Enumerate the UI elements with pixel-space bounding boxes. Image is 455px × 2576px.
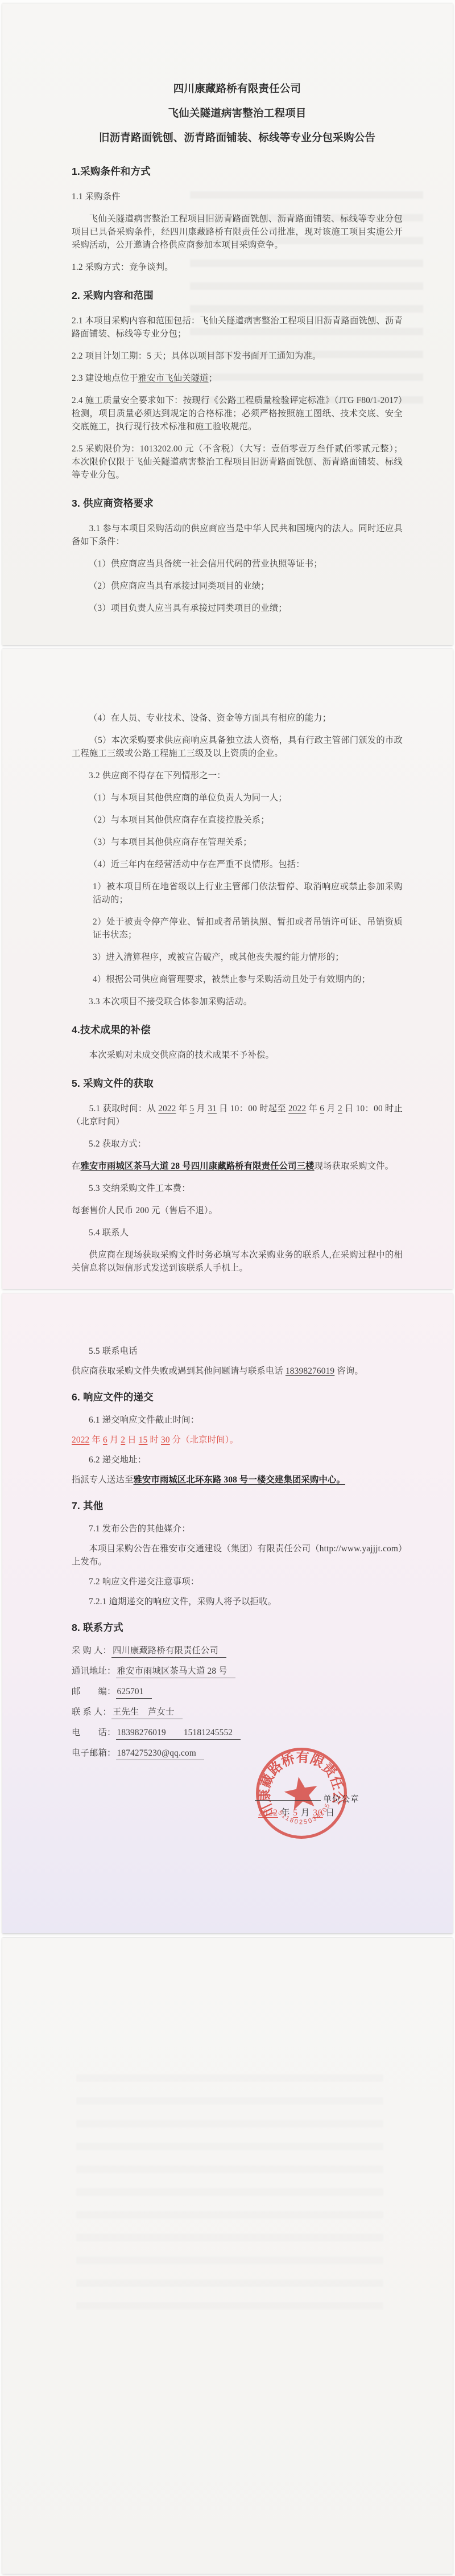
section-1-heading: 1.采购条件和方式 xyxy=(72,165,403,179)
text-run: 四川康藏路桥有限责任公司 xyxy=(111,1645,226,1658)
page-2-content: （4）在人员、专业技术、设备、资金等方面具有相应的能力；（5）本次采购要求供应商… xyxy=(2,649,453,1275)
text-run: 1874275230@qq.com xyxy=(116,1747,204,1760)
seal-signature-line xyxy=(255,1800,321,1801)
clause-1-1: 1.1 采购条件 xyxy=(72,190,403,203)
text-run: 电子邮箱： xyxy=(72,1748,116,1758)
text-run: 2. 采购内容和范围 xyxy=(72,290,154,301)
text-run: 四川康藏路桥有限责任公司 xyxy=(173,83,301,95)
page-4-blank xyxy=(2,1938,453,2574)
clause-3-2-item-4-4: 4）根据公司供应商管理要求，被禁止参与采购活动且处于有效期内的； xyxy=(72,973,403,986)
text-run: 2022 xyxy=(72,1435,89,1445)
text-run: 在 xyxy=(72,1161,81,1171)
text-run: ； xyxy=(209,373,218,383)
text-run: 咨询。 xyxy=(334,1366,363,1376)
text-run: 本次采购对未成交供应商的技术成果不予补偿。 xyxy=(89,1050,274,1060)
text-run: 4.技术成果的补偿 xyxy=(72,1024,151,1036)
clause-7-2: 7.2 响应文件递交注意事项： xyxy=(72,1575,403,1588)
clause-5-4-body: 供应商在现场获取采购文件时务必填写本次采购业务的联系人,在采购过程中的相关信息将… xyxy=(72,1248,403,1275)
clause-3-2-item-4-2: 2）处于被责令停产停业、暂扣或者吊销执照、暂扣或者吊销许可证、吊销资质证书状态； xyxy=(72,915,403,942)
text-run: 每套售价人民币 200 元（售后不退）。 xyxy=(72,1206,217,1215)
text-run: 2.3 建设地点位于 xyxy=(72,373,138,383)
clause-5-2: 5.2 获取方式： xyxy=(72,1137,403,1151)
page-2: （4）在人员、专业技术、设备、资金等方面具有相应的能力；（5）本次采购要求供应商… xyxy=(2,649,453,1289)
section-6-heading: 6. 响应文件的递交 xyxy=(72,1390,403,1404)
text-run: 2.4 施工质量安全要求如下：按现行《公路工程质量检验评定标准》（JTG F80… xyxy=(72,396,403,432)
text-run: 3. 供应商资格要求 xyxy=(72,498,154,509)
text-run: 5.3 交纳采购文件工本费： xyxy=(89,1184,191,1193)
clause-2-2: 2.2 项目计划工期：5 天；具体以项目部下发书面开工通知为准。 xyxy=(72,350,403,363)
text-run: 电 话： xyxy=(72,1728,116,1737)
text-run: 2 xyxy=(338,1104,342,1114)
clause-7-2-1: 7.2.1 逾期递交的响应文件，采购人将予以拒收。 xyxy=(72,1595,403,1608)
text-run: 5.1 获取时间：从 xyxy=(89,1104,159,1114)
text-run: 雅安市雨城区北环东路 308 号一楼交建集团采购中心。 xyxy=(133,1475,345,1485)
text-run: 采 购 人： xyxy=(72,1646,111,1655)
clause-3-1-item-2: （2）供应商应当具有承接过同类项目的业绩； xyxy=(72,580,403,593)
text-run: 2022 xyxy=(158,1104,176,1114)
clause-6-2-body: 指派专人送达至雅安市雨城区北环东路 308 号一楼交建集团采购中心。 xyxy=(72,1473,403,1486)
text-run: 3）进入清算程序，或被宣告破产，或其他丧失履约能力情形的； xyxy=(93,952,344,962)
doc-title-line-3: 旧沥青路面铣刨、沥青路面铺装、标线等专业分包采购公告 xyxy=(72,125,403,150)
text-run: 现场获取采购文件。 xyxy=(315,1161,394,1171)
text-run: 7. 其他 xyxy=(72,1500,103,1511)
text-run: 2022 xyxy=(258,1808,278,1818)
seal-label: 单位公章 xyxy=(323,1793,359,1805)
doc-title-line-2: 飞仙关隧道病害整治工程项目 xyxy=(72,101,403,125)
clause-3-2-item-4-1: 1）被本项目所在地省级以上行业主管部门依法暂停、取消响应或禁止参加采购活动的； xyxy=(72,880,403,906)
contact-person: 联 系 人：王先生 芦女士 xyxy=(72,1706,403,1719)
text-run: 雅安市飞仙关隧道 xyxy=(138,373,209,383)
clause-5-5-body: 供应商获取采购文件失败或遇到其他问题请与联系电话 18398276019 咨询。 xyxy=(72,1365,403,1378)
text-run: 日 xyxy=(125,1435,139,1445)
clause-5-3: 5.3 交纳采购文件工本费： xyxy=(72,1182,403,1195)
text-run: 6 xyxy=(320,1104,324,1114)
section-4-heading: 4.技术成果的补偿 xyxy=(72,1023,403,1037)
clause-6-1: 6.1 递交响应文件截止时间： xyxy=(72,1414,403,1427)
text-run: 1.采购条件和方式 xyxy=(72,166,151,177)
clause-2-1: 2.1 本项目采购内容和范围包括：飞仙关隧道病害整治工程项目旧沥青路面铣刨、沥青… xyxy=(72,314,403,340)
text-run: 月 xyxy=(194,1104,208,1114)
text-run: （2）与本项目其他供应商存在直接控股关系； xyxy=(89,815,270,825)
bleed-through-ghost xyxy=(76,2074,383,2319)
clause-3-1-item-3: （3）项目负责人应当具有承接过同类项目的业绩； xyxy=(72,602,403,615)
text-run: 月 xyxy=(107,1435,121,1445)
text-run: 1.1 采购条件 xyxy=(72,192,121,202)
contact-email: 电子邮箱：1874275230@qq.com xyxy=(72,1747,403,1760)
text-run: （4）近三年内在经营活动中存在严重不良情形。包括： xyxy=(89,860,305,869)
text-run: 4）根据公司供应商管理要求，被禁止参与采购活动且处于有效期内的； xyxy=(93,975,370,984)
text-run: 1.2 采购方式：竞争谈判。 xyxy=(72,262,173,272)
text-run: 15 xyxy=(139,1435,148,1445)
text-run: 日 10：00 时起至 xyxy=(217,1104,288,1114)
text-run: 本项目采购公告在雅安市交通建设（集团）有限责任公司（http://www.yaj… xyxy=(72,1544,403,1567)
section-3-heading: 3. 供应商资格要求 xyxy=(72,496,403,511)
clause-5-1: 5.1 获取时间：从 2022 年 5 月 31 日 10：00 时起至 202… xyxy=(72,1102,403,1128)
text-run: 6.2 递交地址： xyxy=(89,1455,146,1465)
clause-4-body: 本次采购对未成交供应商的技术成果不予补偿。 xyxy=(72,1049,403,1062)
page-3-content: 5.5 联系电话供应商获取采购文件失败或遇到其他问题请与联系电话 1839827… xyxy=(2,1293,453,1760)
text-run: 王先生 芦女士 xyxy=(111,1706,182,1719)
text-run: 5 xyxy=(293,1808,298,1818)
text-run: 分（北京时间）。 xyxy=(170,1435,238,1445)
text-run: 1）被本项目所在地省级以上行业主管部门依法暂停、取消响应或禁止参加采购活动的； xyxy=(93,882,403,905)
text-run: 邮 编： xyxy=(72,1687,116,1696)
text-run: 年 xyxy=(306,1104,320,1114)
text-run: 7.2 响应文件递交注意事项： xyxy=(89,1577,199,1587)
clause-3-2-item-2: （2）与本项目其他供应商存在直接控股关系； xyxy=(72,814,403,827)
text-run: 5.5 联系电话 xyxy=(89,1346,138,1356)
contact-address: 通讯地址：雅安市雨城区茶马大道 28 号 xyxy=(72,1665,403,1678)
clause-2-4: 2.4 施工质量安全要求如下：按现行《公路工程质量检验评定标准》（JTG F80… xyxy=(72,394,403,433)
text-run: （3）项目负责人应当具有承接过同类项目的业绩； xyxy=(89,603,287,613)
section-8-heading: 8. 联系方式 xyxy=(72,1621,403,1635)
text-run: 时 xyxy=(147,1435,161,1445)
text-run: （5）本次采购要求供应商响应具备独立法人资格，具有行政主管部门颁发的市政工程施工… xyxy=(72,736,403,758)
clause-3-2-item-3: （3）与本项目其他供应商存在管理关系； xyxy=(72,836,403,849)
seal-date: 2022 年 5 月 30 日 xyxy=(258,1806,335,1819)
text-run: 7.1 发布公告的其他媒介： xyxy=(89,1524,191,1534)
text-run: 2.2 项目计划工期：5 天；具体以项目部下发书面开工通知为准。 xyxy=(72,351,321,361)
contact-phone: 电 话：18398276019 15181245552 xyxy=(72,1726,403,1740)
submission-deadline-red: 2022 年 6 月 2 日 15 时 30 分（北京时间）。 xyxy=(72,1433,403,1447)
clause-3-2-item-1: （1）与本项目其他供应商的单位负责人为同一人； xyxy=(72,791,403,804)
text-run: 6. 响应文件的递交 xyxy=(72,1391,154,1403)
text-run: 18398276019 xyxy=(286,1366,334,1376)
clause-1-1-body: 飞仙关隧道病害整治工程项目旧沥青路面铣刨、沥青路面铺装、标线等专业分包项目已具备… xyxy=(72,212,403,252)
text-run: 年 xyxy=(89,1435,103,1445)
text-run: 年 xyxy=(176,1104,190,1114)
clause-5-4: 5.4 联系人 xyxy=(72,1226,403,1239)
text-run: 联 系 人： xyxy=(72,1707,111,1717)
text-run: 3.2 供应商不得存在下列情形之一： xyxy=(89,771,226,780)
text-run: 30 xyxy=(161,1435,170,1445)
text-run: 6.1 递交响应文件截止时间： xyxy=(89,1415,199,1425)
clause-3-1-item-5: （5）本次采购要求供应商响应具备独立法人资格，具有行政主管部门颁发的市政工程施工… xyxy=(72,734,403,760)
clause-5-2-body: 在雅安市雨城区茶马大道 28 号四川康藏路桥有限责任公司三楼现场获取采购文件。 xyxy=(72,1160,403,1173)
text-run: 日 xyxy=(323,1808,335,1818)
text-run: 18398276019 15181245552 xyxy=(116,1727,241,1740)
text-run: 625701 xyxy=(116,1686,152,1699)
clause-1-2: 1.2 采购方式：竞争谈判。 xyxy=(72,261,403,274)
text-run: 雅安市雨城区茶马大道 28 号 xyxy=(116,1665,235,1678)
text-run: 年 xyxy=(278,1808,293,1818)
page-1-content: 四川康藏路桥有限责任公司飞仙关隧道病害整治工程项目旧沥青路面铣刨、沥青路面铺装、… xyxy=(2,3,453,615)
section-2-heading: 2. 采购内容和范围 xyxy=(72,289,403,303)
text-run: 5.4 联系人 xyxy=(89,1228,129,1238)
clause-3-2-item-4: （4）近三年内在经营活动中存在严重不良情形。包括： xyxy=(72,858,403,871)
clause-3-1: 3.1 参与本项目采购活动的供应商应当是中华人民共和国境内的法人。同时还应具备如… xyxy=(72,522,403,548)
text-run: （2）供应商应当具有承接过同类项目的业绩； xyxy=(89,581,270,591)
text-run: 通讯地址： xyxy=(72,1666,116,1676)
text-run: 飞仙关隧道病害整治工程项目 xyxy=(168,107,306,119)
text-run: （1）与本项目其他供应商的单位负责人为同一人； xyxy=(89,793,287,803)
clause-5-3-body: 每套售价人民币 200 元（售后不退）。 xyxy=(72,1204,403,1217)
text-run: （3）与本项目其他供应商存在管理关系； xyxy=(89,837,252,847)
section-7-heading: 7. 其他 xyxy=(72,1499,403,1513)
text-run: 31 xyxy=(208,1104,217,1114)
text-run: 5. 采购文件的获取 xyxy=(72,1078,154,1089)
text-run: 雅安市雨城区茶马大道 28 号四川康藏路桥有限责任公司三楼 xyxy=(81,1161,315,1171)
text-run: 指派专人送达至 xyxy=(72,1475,133,1485)
text-run: （4）在人员、专业技术、设备、资金等方面具有相应的能力； xyxy=(89,713,331,723)
clause-7-1-body: 本项目采购公告在雅安市交通建设（集团）有限责任公司（http://www.yaj… xyxy=(72,1542,403,1568)
text-run: 旧沥青路面铣刨、沥青路面铺装、标线等专业分包采购公告 xyxy=(99,132,375,143)
text-run: 2.5 采购限价为：1013202.00 元（不含税）（大写：壹佰零壹万叁仟贰佰… xyxy=(72,444,403,480)
seal-star-icon xyxy=(282,1774,321,1811)
text-run: 8. 联系方式 xyxy=(72,1622,123,1633)
clause-5-5: 5.5 联系电话 xyxy=(72,1345,403,1358)
text-run: 3.1 参与本项目采购活动的供应商应当是中华人民共和国境内的法人。同时还应具备如… xyxy=(72,524,403,547)
text-run: 供应商获取采购文件失败或遇到其他问题请与联系电话 xyxy=(72,1366,286,1376)
clause-6-2: 6.2 递交地址： xyxy=(72,1453,403,1466)
contact-purchaser: 采 购 人：四川康藏路桥有限责任公司 xyxy=(72,1644,403,1658)
text-run: 供应商在现场获取采购文件时务必填写本次采购业务的联系人,在采购过程中的相关信息将… xyxy=(72,1250,403,1273)
page-1: 四川康藏路桥有限责任公司飞仙关隧道病害整治工程项目旧沥青路面铣刨、沥青路面铺装、… xyxy=(2,3,453,645)
text-run: 3.3 本次项目不接受联合体参加采购活动。 xyxy=(89,997,252,1006)
clause-2-3: 2.3 建设地点位于雅安市飞仙关隧道； xyxy=(72,372,403,385)
text-run: 2.1 本项目采购内容和范围包括：飞仙关隧道病害整治工程项目旧沥青路面铣刨、沥青… xyxy=(72,316,403,339)
doc-title-line-1: 四川康藏路桥有限责任公司 xyxy=(72,76,403,101)
contact-postcode: 邮 编：625701 xyxy=(72,1685,403,1699)
text-run: 5.2 获取方式： xyxy=(89,1139,146,1149)
text-run: （1）供应商应当具备统一社会信用代码的营业执照等证书； xyxy=(89,559,322,569)
clause-3-1-item-1: （1）供应商应当具备统一社会信用代码的营业执照等证书； xyxy=(72,557,403,570)
text-run: 2）处于被责令停产停业、暂扣或者吊销执照、暂扣或者吊销许可证、吊销资质证书状态； xyxy=(93,917,403,940)
clause-3-1-item-4: （4）在人员、专业技术、设备、资金等方面具有相应的能力； xyxy=(72,712,403,725)
text-run: 2022 xyxy=(288,1104,306,1114)
clause-2-5: 2.5 采购限价为：1013202.00 元（不含税）（大写：壹佰零壹万叁仟贰佰… xyxy=(72,442,403,482)
clause-3-2: 3.2 供应商不得存在下列情形之一： xyxy=(72,769,403,782)
text-run: 6 xyxy=(103,1435,107,1445)
clause-7-1: 7.1 发布公告的其他媒介： xyxy=(72,1522,403,1535)
text-run: 月 xyxy=(298,1808,313,1818)
section-5-heading: 5. 采购文件的获取 xyxy=(72,1077,403,1091)
page-3: 5.5 联系电话供应商获取采购文件失败或遇到其他问题请与联系电话 1839827… xyxy=(2,1293,453,1933)
text-run: 30 xyxy=(313,1808,323,1818)
text-run: 飞仙关隧道病害整治工程项目旧沥青路面铣刨、沥青路面铺装、标线等专业分包项目已具备… xyxy=(72,214,403,250)
clause-3-2-item-4-3: 3）进入清算程序，或被宣告破产，或其他丧失履约能力情形的； xyxy=(72,951,403,964)
scanned-procurement-announcement: { "colors": { "red_text": "#dd4b42", "st… xyxy=(0,0,455,2576)
text-run: 7.2.1 逾期递交的响应文件，采购人将予以拒收。 xyxy=(89,1597,276,1607)
text-run: 月 xyxy=(324,1104,338,1114)
clause-3-3: 3.3 本次项目不接受联合体参加采购活动。 xyxy=(72,995,403,1008)
